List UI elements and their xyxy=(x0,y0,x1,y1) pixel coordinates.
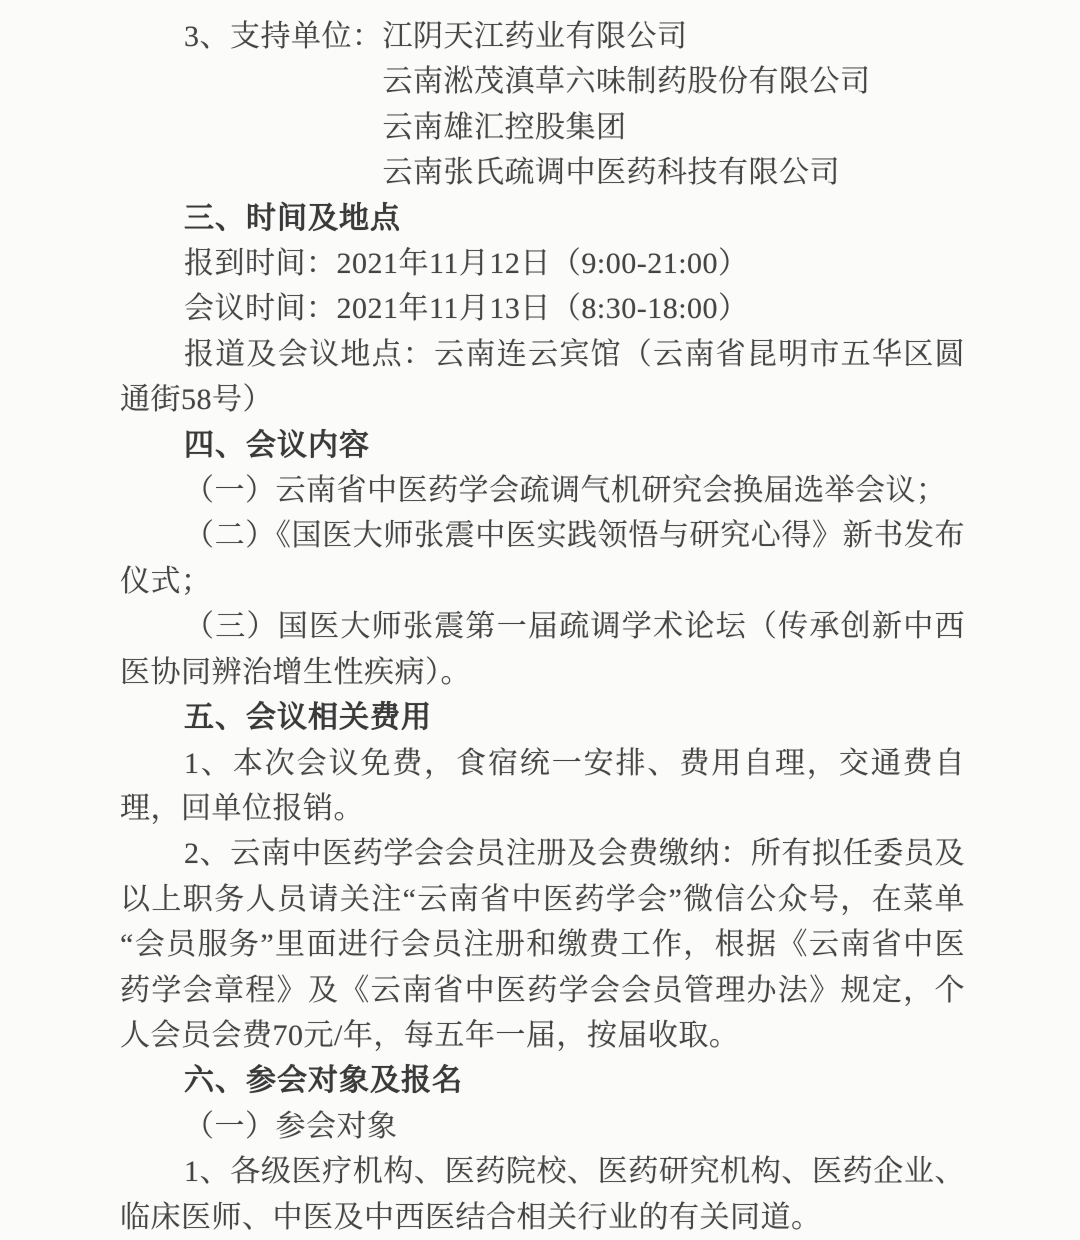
section-heading-time-location: 三、时间及地点 xyxy=(120,196,965,241)
support-units-label: 3、支持单位： xyxy=(184,14,383,59)
document-page: 3、支持单位： 江阴天江药业有限公司 云南淞茂滇草六味制药股份有限公司 云南雄汇… xyxy=(0,0,1080,1240)
document-body: 3、支持单位： 江阴天江药业有限公司 云南淞茂滇草六味制药股份有限公司 云南雄汇… xyxy=(120,14,965,1240)
para-agenda-item-1: （一）云南省中医药学会疏调气机研究会换届选举会议； xyxy=(120,468,965,513)
section-heading-fees: 五、会议相关费用 xyxy=(120,695,965,740)
para-agenda-item-2: （二）《国医大师张震中医实践领悟与研究心得》新书发布仪式； xyxy=(120,513,965,604)
section-heading-agenda: 四、会议内容 xyxy=(120,423,965,468)
section-heading-attendees: 六、参会对象及报名 xyxy=(120,1058,965,1103)
support-company: 云南张氏疏调中医药科技有限公司 xyxy=(383,150,966,195)
support-company: 云南雄汇控股集团 xyxy=(383,105,966,150)
para-meeting-time: 会议时间：2021年11月13日（8:30-18:00） xyxy=(120,286,965,331)
support-units-list: 江阴天江药业有限公司 云南淞茂滇草六味制药股份有限公司 云南雄汇控股集团 云南张… xyxy=(383,14,966,196)
para-fees-item-1: 1、本次会议免费，食宿统一安排、费用自理，交通费自理，回单位报销。 xyxy=(120,741,965,832)
support-company: 江阴天江药业有限公司 xyxy=(383,14,966,59)
para-fees-item-2: 2、云南中医药学会会员注册及会费缴纳：所有拟任委员及以上职务人员请关注“云南省中… xyxy=(120,831,965,1058)
support-company: 云南淞茂滇草六味制药股份有限公司 xyxy=(383,59,966,104)
para-meeting-location: 报道及会议地点：云南连云宾馆（云南省昆明市五华区圆通街58号） xyxy=(120,332,965,423)
para-checkin-time: 报到时间：2021年11月12日（9:00-21:00） xyxy=(120,241,965,286)
para-attendees-subheading: （一）参会对象 xyxy=(120,1104,965,1149)
para-agenda-item-3: （三）国医大师张震第一届疏调学术论坛（传承创新中西医协同辨治增生性疾病）。 xyxy=(120,604,965,695)
para-attendees-item-1: 1、各级医疗机构、医药院校、医药研究机构、医药企业、临床医师、中医及中西医结合相… xyxy=(120,1149,965,1240)
support-units-block: 3、支持单位： 江阴天江药业有限公司 云南淞茂滇草六味制药股份有限公司 云南雄汇… xyxy=(120,14,965,196)
